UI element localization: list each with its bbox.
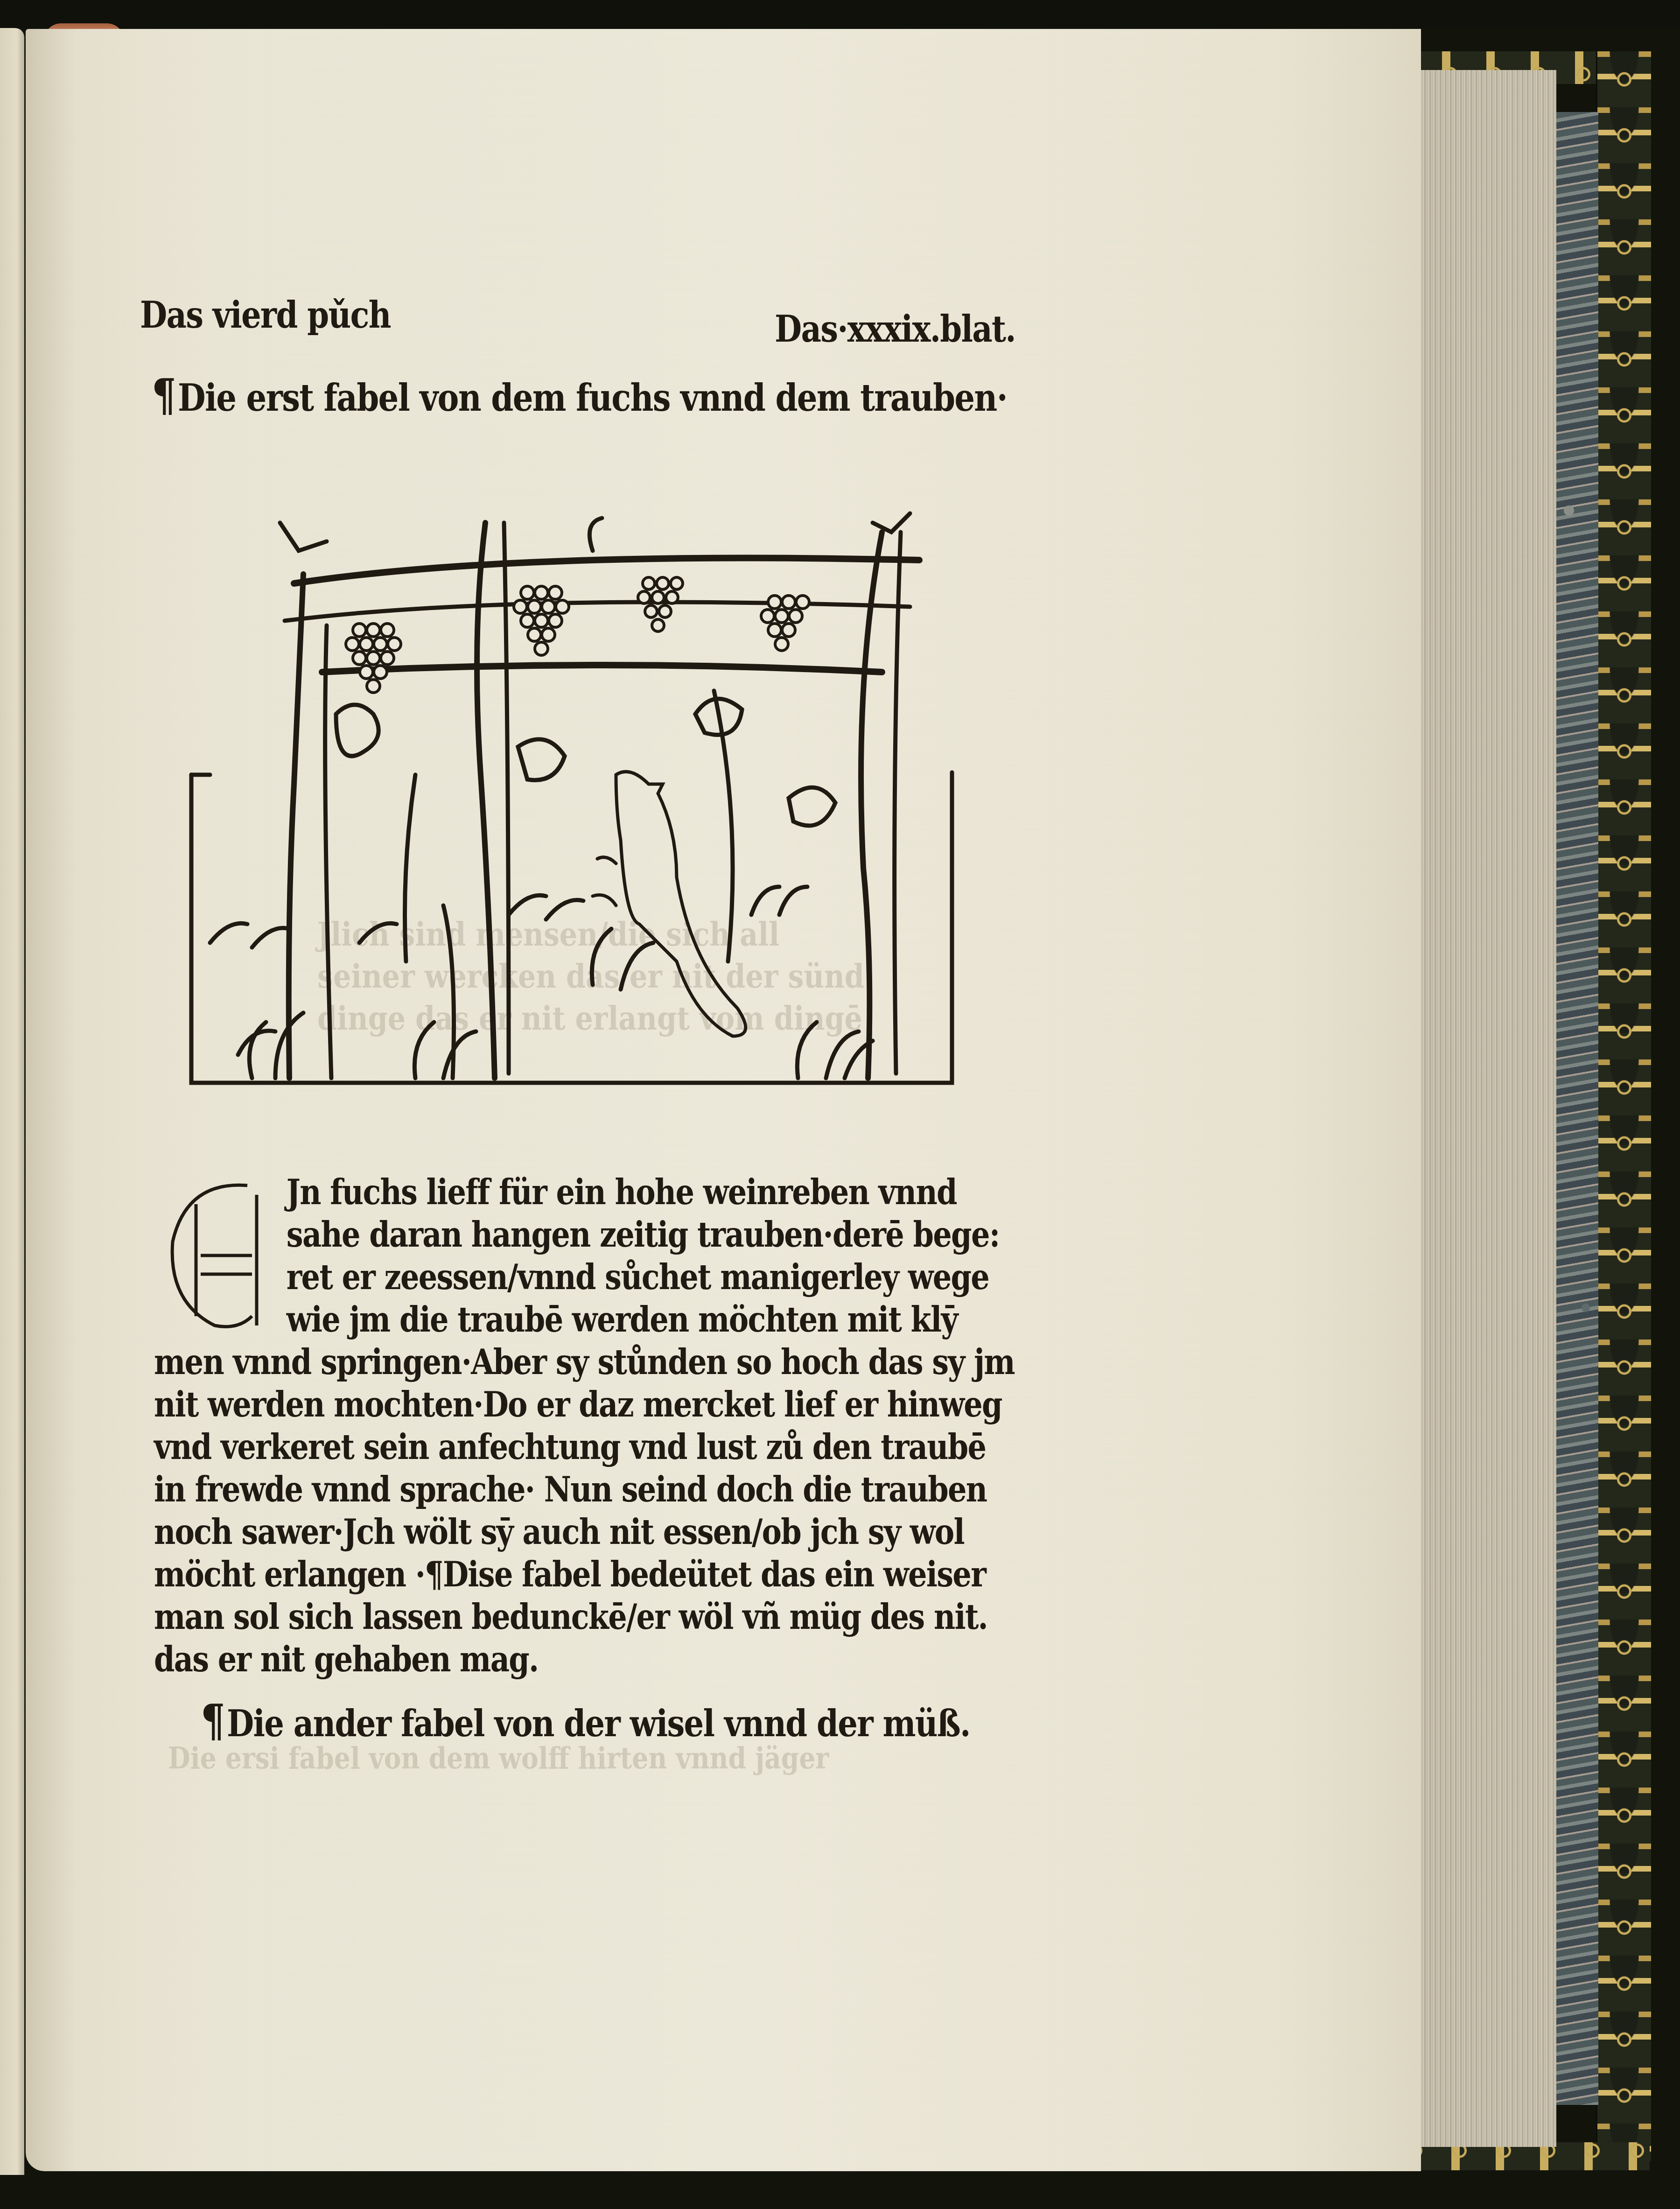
- gilt-tooled-border-right: [1596, 51, 1651, 2161]
- book-page: [26, 29, 1421, 2171]
- body-line: ret er zeessen/vnnd sůchet manigerley we…: [154, 1256, 937, 1299]
- pilcrow-mark: ¶: [201, 1694, 224, 1747]
- body-line: möcht erlangen ·¶Dise fabel bedeütet das…: [154, 1554, 937, 1596]
- grape-bunch: [761, 596, 809, 651]
- marbled-endpaper: [1556, 112, 1598, 2105]
- folio-number: Das·xxxix.blat.: [775, 308, 1015, 351]
- fable-body-text: Jn fuchs lieff für ein hohe weinreben vn…: [154, 1171, 1064, 1681]
- grape-bunch: [638, 577, 683, 631]
- body-line: in frewde vnnd sprache· Nun seind doch d…: [154, 1469, 937, 1511]
- body-line: nit werden mochten·Do er daz mercket lie…: [154, 1384, 937, 1426]
- next-caption-text: Die ander fabel von der wisel vnnd der m…: [227, 1703, 970, 1745]
- body-line: wie jm die traubē werden möchten mit klȳ: [154, 1299, 937, 1341]
- body-line: man sol sich lassen bedunckē/er wöl vñ m…: [154, 1596, 937, 1639]
- body-line: vnd verkeret sein anfechtung vnd lust zů…: [154, 1426, 937, 1469]
- body-line: men vnnd springen·Aber sy stůnden so hoc…: [154, 1341, 937, 1384]
- grape-bunch: [514, 586, 569, 655]
- dark-background-top: [0, 0, 1680, 28]
- stacked-page-edges: [1421, 70, 1556, 2147]
- grape-bunch: [346, 624, 401, 693]
- woodcut-fox-and-grapes: [182, 495, 966, 1097]
- pilcrow-mark: ¶: [152, 369, 175, 421]
- fable-caption: ¶Die erst fabel von dem fuchs vnnd dem t…: [152, 369, 1007, 421]
- body-line: sahe daran hangen zeitig trauben·derē be…: [154, 1214, 937, 1256]
- body-line: noch sawer·Jch wölt sȳ auch nit essen/ob…: [154, 1511, 937, 1554]
- caption-text: Die erst fabel von dem fuchs vnnd dem tr…: [178, 376, 1007, 420]
- next-fable-caption: ¶Die ander fabel von der wisel vnnd der …: [201, 1694, 970, 1747]
- body-line: das er nit gehaben mag.: [154, 1639, 937, 1681]
- left-page-edge: [0, 28, 24, 2175]
- body-line: Jn fuchs lieff für ein hohe weinreben vn…: [154, 1171, 937, 1214]
- running-head-left: Das vierd pǔch: [140, 294, 391, 337]
